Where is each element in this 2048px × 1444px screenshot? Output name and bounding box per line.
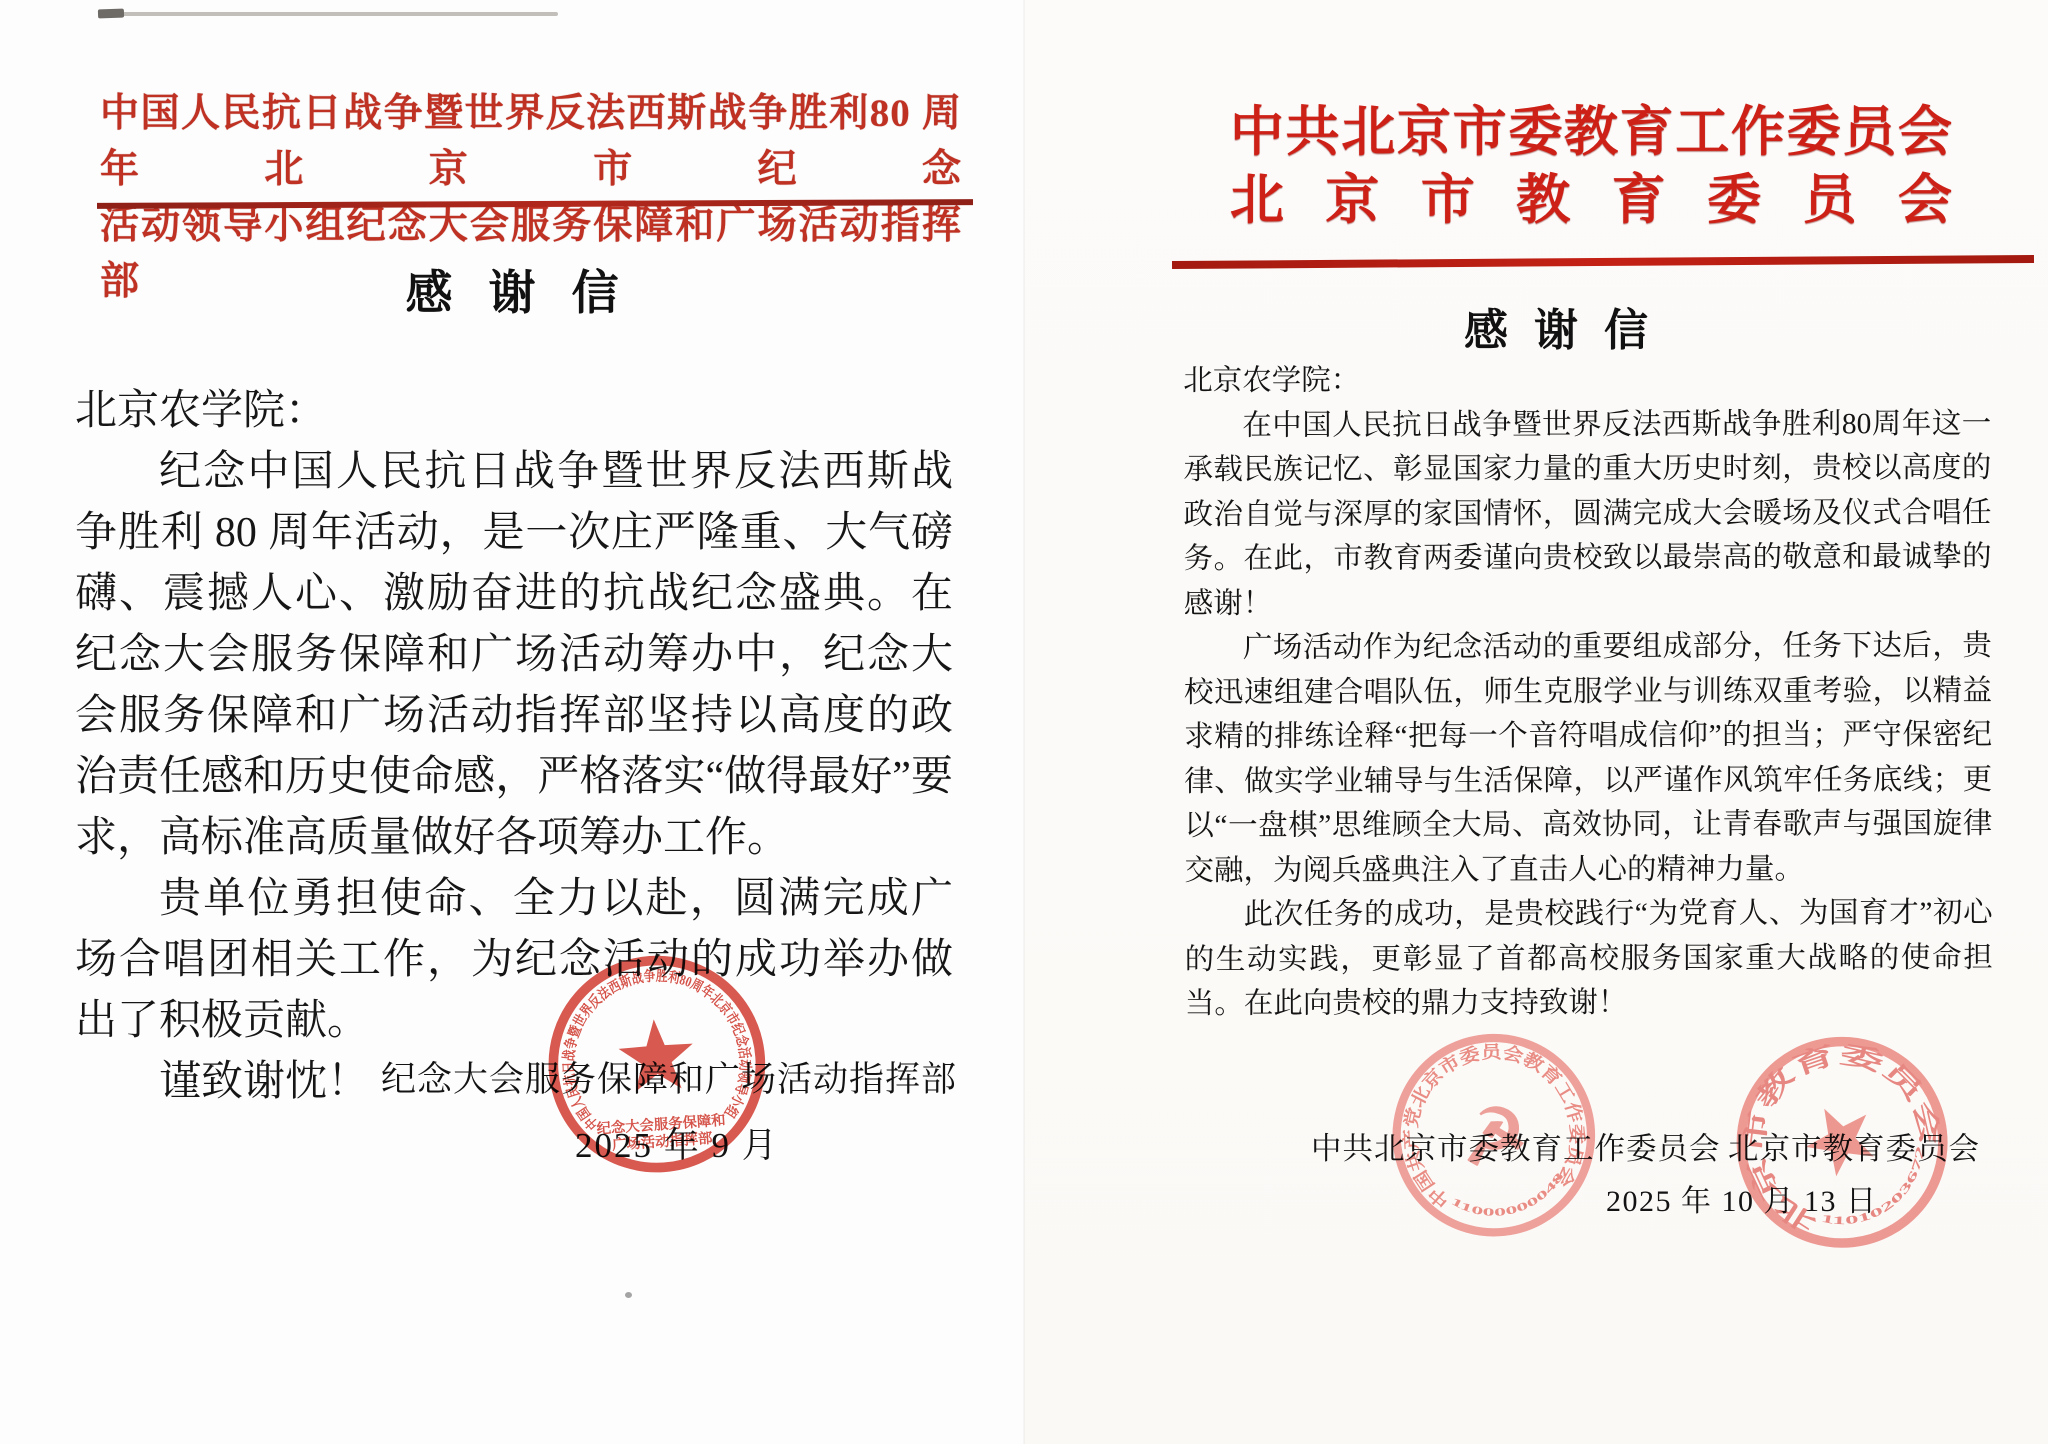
letter-page-right: 中共北京市委教育工作委员会 北京市教育委员会 感谢信 北京农学院： 在中国人民抗… — [1024, 0, 2048, 1444]
right-letterhead-line1: 中共北京市委教育工作委员会 — [1230, 98, 1952, 166]
right-paragraph-2: 广场活动作为纪念活动的重要组成部分，任务下达后，贵校迅速组建合唱队伍，师生克服学… — [1184, 624, 1993, 893]
left-letter-title: 感谢信 — [0, 256, 1024, 323]
right-letter-body: 北京农学院： 在中国人民抗日战争暨世界反法西斯战争胜利80周年这一承载民族记忆、… — [1183, 357, 1993, 1027]
star-icon — [617, 1017, 696, 1093]
official-seal-education-committee: 北京市教育委员会 1101020367244 — [1724, 1030, 1962, 1258]
left-paragraph-1: 纪念中国人民抗日战争暨世界反法西斯战争胜利 80 周年活动，是一次庄严隆重、大气… — [75, 442, 953, 869]
right-letterhead: 中共北京市委教育工作委员会 北京市教育委员会 — [1230, 98, 1952, 234]
left-paragraph-2: 贵单位勇担使命、全力以赴，圆满完成广场合唱团相关工作，为纪念活动的成功举办做出了… — [75, 869, 953, 1052]
official-seal-square-activity-headquarters: 中国人民抗日战争暨世界反法西斯战争胜利80周年北京市纪念活动领导小组 纪念大会服… — [542, 946, 772, 1186]
scan-artifact-dot — [625, 1292, 632, 1298]
left-letterhead-line1: 中国人民抗日战争暨世界反法西斯战争胜利80 周年北京市纪念 — [100, 86, 962, 198]
letter-page-left: 中国人民抗日战争暨世界反法西斯战争胜利80 周年北京市纪念 活动领导小组纪念大会… — [0, 0, 1024, 1444]
scan-artifact-line — [100, 12, 558, 16]
right-paragraph-1: 在中国人民抗日战争暨世界反法西斯战争胜利80周年这一承载民族记忆、彰显国家力量的… — [1183, 401, 1992, 626]
right-letter-title: 感谢信 — [1024, 294, 2048, 358]
page-seam — [1023, 0, 1025, 1444]
hammer-sickle-icon: ☭ — [1456, 1093, 1532, 1183]
right-letterhead-rule — [1172, 255, 2034, 269]
official-seal-work-committee: 中国共产党北京市委员会教育工作委员会 ☭ 1100000004803 — [1384, 1026, 1604, 1248]
left-letter-body: 北京农学院： 纪念中国人民抗日战争暨世界反法西斯战争胜利 80 周年活动，是一次… — [75, 381, 953, 1113]
left-signature: 纪念大会服务保障和广场活动指挥部 — [0, 1052, 957, 1102]
left-salutation: 北京农学院： — [75, 381, 953, 442]
scanned-letters-canvas: 中国人民抗日战争暨世界反法西斯战争胜利80 周年北京市纪念 活动领导小组纪念大会… — [0, 0, 2048, 1444]
right-salutation: 北京农学院： — [1183, 357, 1991, 404]
scan-artifact-dash — [98, 9, 124, 19]
right-letterhead-line2: 北京市教育委员会 — [1230, 166, 1952, 234]
right-paragraph-3: 此次任务的成功，是贵校践行“为党育人、为国育才”初心的生动实践，更彰显了首都高校… — [1185, 891, 1993, 1027]
star-icon — [1794, 1093, 1885, 1183]
